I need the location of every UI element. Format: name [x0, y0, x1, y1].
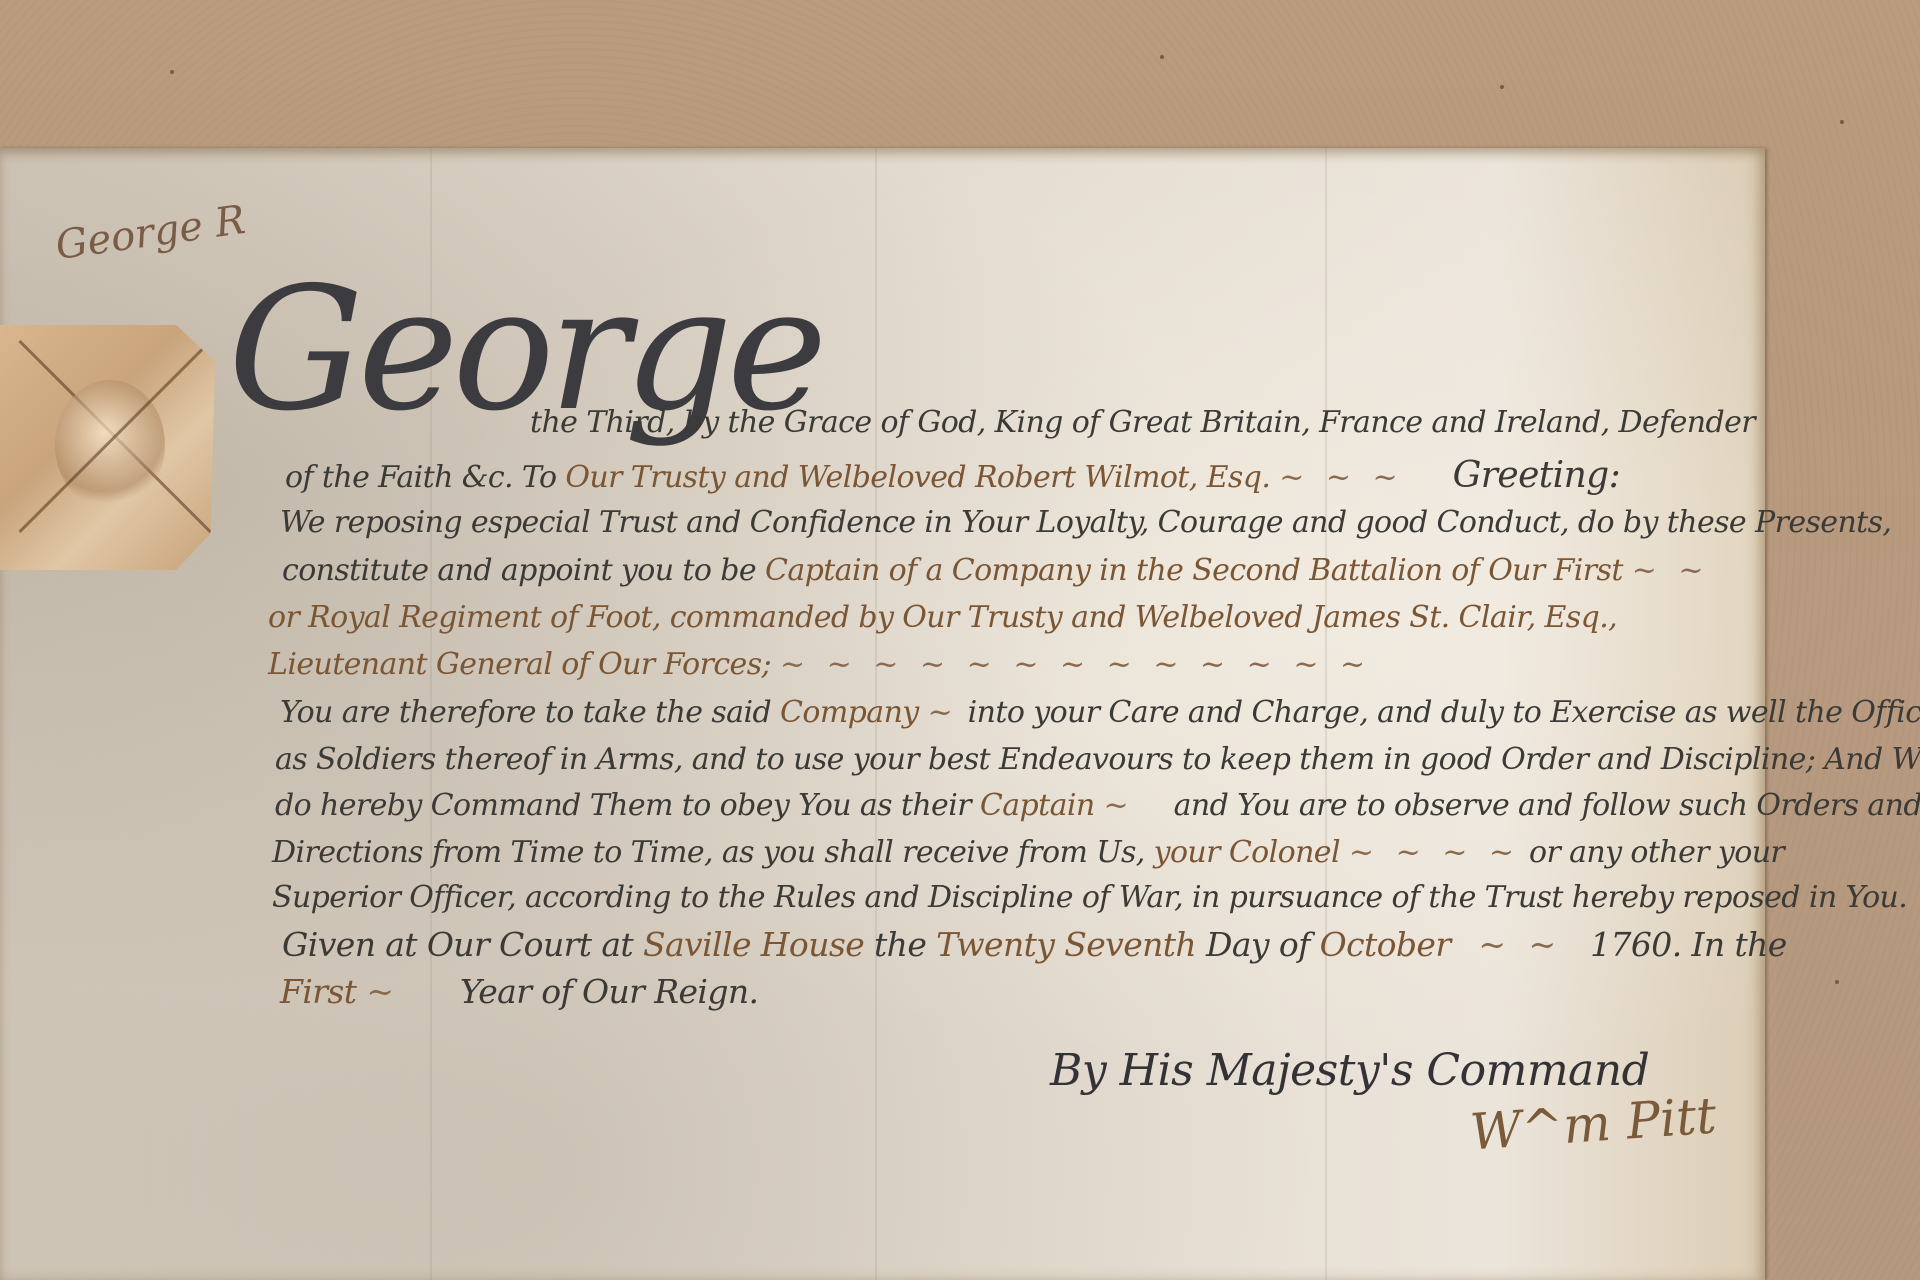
manuscript-recipient: Our Trusty and Welbeloved Robert Wilmot,…	[565, 460, 1270, 495]
text-line-given: Given at Our Court at Saville House the …	[282, 925, 1787, 964]
line-filler: ~ ~ ~ ~	[1349, 835, 1520, 870]
royal-arms-emboss	[55, 380, 165, 510]
engraved-text: or any other your	[1529, 835, 1784, 870]
engraved-text: do hereby Command Them to obey You as th…	[275, 788, 980, 823]
text-line-9: do hereby Command Them to obey You as th…	[275, 788, 1920, 823]
text-line-10: Directions from Time to Time, as you sha…	[272, 835, 1784, 870]
mat-speck	[1500, 85, 1504, 89]
line-filler: ~	[928, 695, 959, 730]
engraved-text: Given at Our Court at	[282, 925, 643, 964]
text-line-11: Superior Officer, according to the Rules…	[272, 880, 1907, 915]
greeting: Greeting:	[1453, 455, 1621, 496]
text-line-1: the Third, by the Grace of God, King of …	[530, 405, 1755, 440]
manuscript-rank: Captain	[980, 788, 1095, 823]
engraved-text: into your Care and Charge, and duly to E…	[968, 695, 1920, 730]
engraved-text: Directions from Time to Time, as you sha…	[272, 835, 1154, 870]
engraved-text: the Third, by the Grace of God, King of …	[530, 405, 1755, 440]
mat-speck	[1840, 120, 1844, 124]
engraved-text: We reposing especial Trust and Confidenc…	[280, 505, 1891, 540]
paper-wafer-seal-icon	[0, 325, 215, 570]
manuscript-unit: Company	[780, 695, 919, 730]
manuscript-day: Twenty Seventh	[936, 925, 1196, 964]
text-line-3: We reposing especial Trust and Confidenc…	[280, 505, 1891, 540]
manuscript-regiment: or Royal Regiment of Foot, commanded by …	[268, 600, 1617, 635]
line-filler: ~ ~	[1632, 553, 1710, 588]
manuscript-place: Saville House	[643, 925, 864, 964]
engraved-text: the	[864, 925, 936, 964]
mat-speck	[170, 70, 174, 74]
engraved-text: Day of	[1196, 925, 1320, 964]
engraved-text: and You are to observe and follow such O…	[1174, 788, 1920, 823]
line-filler: ~	[366, 972, 400, 1011]
engraved-text: as Soldiers thereof in Arms, and to use …	[275, 742, 1920, 777]
engraved-text: Year of Our Reign.	[460, 972, 759, 1011]
manuscript-regnal-year: First	[280, 972, 356, 1011]
closing-formula: By His Majesty's Command	[1050, 1045, 1649, 1096]
engraved-text: of the Faith &c. To	[285, 460, 565, 495]
mat-speck	[1835, 980, 1839, 984]
manuscript-month: October	[1320, 925, 1451, 964]
text-line-5: or Royal Regiment of Foot, commanded by …	[268, 600, 1617, 635]
text-line-6: Lieutenant General of Our Forces; ~ ~ ~ …	[268, 647, 1371, 682]
mat-speck	[1160, 55, 1164, 59]
manuscript-year: 1760	[1590, 925, 1672, 964]
text-line-8: as Soldiers thereof in Arms, and to use …	[275, 742, 1920, 777]
line-filler: ~ ~ ~	[1279, 460, 1403, 495]
engraved-text: . In the	[1672, 925, 1787, 964]
engraved-text: Superior Officer, according to the Rules…	[272, 880, 1907, 915]
line-filler: ~	[1104, 788, 1135, 823]
line-filler: ~ ~	[1478, 925, 1562, 964]
manuscript-superior: your Colonel	[1154, 835, 1340, 870]
text-line-4: constitute and appoint you to be Captain…	[282, 553, 1710, 588]
engraved-text: You are therefore to take the said	[280, 695, 780, 730]
engraved-text: constitute and appoint you to be	[282, 553, 765, 588]
text-line-13: First ~ Year of Our Reign.	[280, 972, 758, 1011]
manuscript-colonel-rank: Lieutenant General of Our Forces;	[268, 647, 771, 682]
text-line-7: You are therefore to take the said Compa…	[280, 695, 1920, 730]
manuscript-rank: Captain of a Company in the Second Batta…	[765, 553, 1623, 588]
text-line-2: of the Faith &c. To Our Trusty and Welbe…	[285, 455, 1620, 496]
line-filler: ~ ~ ~ ~ ~ ~ ~ ~ ~ ~ ~ ~ ~	[780, 647, 1371, 682]
